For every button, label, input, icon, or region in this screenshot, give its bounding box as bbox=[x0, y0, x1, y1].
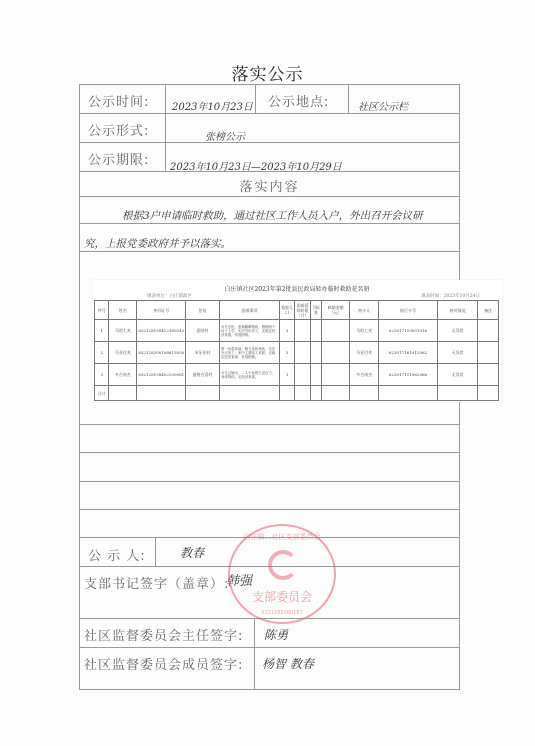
roster-title: 白庄镇社区2023年第2批县民政局转办临时救助花名册 bbox=[92, 284, 502, 293]
publisher-signature: 教春 bbox=[180, 544, 204, 561]
roster-cell bbox=[322, 364, 350, 386]
roster-unit: 填表单位：白庄镇政区 bbox=[147, 293, 192, 299]
official-seal: 白庄镇…社区支部委员会 支部委员会 6321281000187 bbox=[228, 524, 336, 624]
roster-cell bbox=[310, 364, 321, 386]
roster-cell bbox=[185, 386, 219, 401]
seal-center-text: 支部委员会 bbox=[230, 588, 334, 605]
roster-cell: 632128198402200081 bbox=[137, 364, 186, 386]
roster-cell: 3 bbox=[95, 364, 109, 386]
seal-code: 6321281000187 bbox=[230, 610, 334, 616]
roster-header-cell: 救助金额（元） bbox=[322, 301, 350, 320]
divider bbox=[165, 84, 166, 171]
relief-roster-sheet: 白庄镇社区2023年第2批县民政局转办临时救助花名册 填表单位：白庄镇政区 填表… bbox=[92, 280, 502, 402]
table-row: 2马亚付麦632128200108815830米牙东村第一孩患疾病，精力差致残疾… bbox=[95, 342, 499, 364]
roster-cell bbox=[379, 386, 438, 401]
roster-header-cell: 持卡人 bbox=[350, 301, 379, 320]
roster-cell bbox=[322, 386, 350, 401]
divider bbox=[79, 509, 460, 510]
roster-cell: 女夫去世，患病腿脚残疾，照顾两个孩子上学，无法外出务工，无稳定经济来源，家庭困难… bbox=[220, 320, 280, 342]
roster-cell: 米牙东村 bbox=[185, 342, 219, 364]
divider bbox=[79, 142, 460, 143]
table-row: 3多吉南杰632128198402200081道格吉喜村女儿已嫁出，二人小孩的生… bbox=[95, 364, 499, 386]
roster-header-cell: 姓名 bbox=[109, 301, 137, 320]
roster-cell bbox=[350, 386, 379, 401]
document-title: 落实公示 bbox=[0, 60, 535, 85]
roster-cell bbox=[295, 386, 310, 401]
roster-cell: 马亚付麦 bbox=[350, 342, 379, 364]
roster-header-cell: 银行卡号 bbox=[379, 301, 438, 320]
roster-cell: 632128200108815830 bbox=[137, 342, 186, 364]
party-emblem-icon bbox=[268, 550, 298, 580]
table-row: 1马哈七麦632128190412180543团结村女夫去世，患病腿脚残疾，照顾… bbox=[95, 320, 499, 342]
roster-header-cell: 月标准 bbox=[310, 301, 321, 320]
roster-cell: 合计 bbox=[95, 386, 109, 401]
roster-cell: 623017161912062 bbox=[379, 342, 438, 364]
roster-header-cell: 困难延续时限（月） bbox=[295, 301, 310, 320]
roster-table: 序号姓名身份证号住址困难事项家庭人口困难延续时限（月）月标准救助金额（元）持卡人… bbox=[94, 300, 499, 401]
roster-cell bbox=[310, 320, 321, 342]
roster-cell: 1 bbox=[95, 320, 109, 342]
time-value: 2023年10月23日 bbox=[172, 98, 253, 113]
roster-cell bbox=[310, 386, 321, 401]
form-value: 张榜公示 bbox=[205, 128, 245, 143]
roster-cell: 多吉南杰 bbox=[350, 364, 379, 386]
roster-header-cell: 备注 bbox=[478, 301, 499, 320]
roster-cell: 女儿已嫁出，二人小孩的生活压力，身体残疾，无经济来源。 bbox=[220, 364, 280, 386]
roster-cell bbox=[295, 364, 310, 386]
roster-cell: 团结村 bbox=[185, 320, 219, 342]
roster-cell bbox=[220, 386, 280, 401]
roster-cell: 马亚付麦 bbox=[109, 342, 137, 364]
director-label: 社区监督委员会主任签字: bbox=[84, 625, 243, 644]
secretary-label: 支部书记签字（盖章）: bbox=[84, 573, 229, 592]
roster-cell: 马哈七麦 bbox=[109, 320, 137, 342]
roster-header-cell: 住址 bbox=[185, 301, 219, 320]
roster-cell: 多吉南杰 bbox=[109, 364, 137, 386]
roster-header-cell: 困难事项 bbox=[220, 301, 280, 320]
divider bbox=[155, 537, 156, 566]
content-text-line2: 究，上报党委政府并予以落实。 bbox=[84, 236, 231, 251]
divider bbox=[254, 618, 255, 690]
seal-ring-text: 白庄镇…社区支部委员会 bbox=[230, 532, 334, 542]
divider bbox=[255, 84, 256, 113]
roster-cell bbox=[109, 386, 137, 401]
roster-cell bbox=[310, 342, 321, 364]
roster-cell bbox=[295, 320, 310, 342]
divider bbox=[79, 113, 460, 114]
roster-cell: 2 bbox=[95, 342, 109, 364]
divider bbox=[348, 84, 349, 113]
roster-cell: 马哈七麦 bbox=[350, 320, 379, 342]
total-row: 合计 bbox=[95, 386, 499, 401]
roster-header-cell: 序号 bbox=[95, 301, 109, 320]
roster-cell: 第一孩患疾病，精力差致残疾，无法外出务工，家中主要收入来源，无稳定经济来源，家庭… bbox=[220, 342, 280, 364]
roster-cell bbox=[478, 320, 499, 342]
roster-cell bbox=[437, 386, 477, 401]
roster-header-cell: 身份证号 bbox=[137, 301, 186, 320]
roster-cell bbox=[295, 342, 310, 364]
divider bbox=[79, 223, 460, 224]
period-label: 公示期限: bbox=[88, 149, 149, 168]
roster-header-cell: 家庭人口 bbox=[279, 301, 294, 320]
divider bbox=[79, 647, 460, 648]
roster-cell: 632128190412180543 bbox=[137, 320, 186, 342]
divider bbox=[79, 452, 460, 453]
roster-cell bbox=[478, 342, 499, 364]
roster-cell bbox=[478, 386, 499, 401]
roster-cell: 623017111962066 bbox=[379, 364, 438, 386]
roster-cell: 3 bbox=[279, 342, 294, 364]
place-label: 公示地点: bbox=[268, 91, 329, 110]
publisher-label: 公 示 人: bbox=[88, 545, 146, 564]
roster-cell bbox=[137, 386, 186, 401]
roster-cell bbox=[322, 342, 350, 364]
period-value: 2023年10月23日—2023年10月29日 bbox=[170, 158, 342, 173]
roster-cell: 623017119651016 bbox=[379, 320, 438, 342]
director-signature: 陈勇 bbox=[264, 626, 288, 643]
member-label: 社区监督委员会成员签字: bbox=[84, 654, 243, 673]
roster-cell: 无异常 bbox=[437, 364, 477, 386]
roster-date: 填表时间：2023年10月24日 bbox=[421, 293, 480, 299]
roster-header-cell: 核对情况 bbox=[437, 301, 477, 320]
roster-cell: 3 bbox=[279, 320, 294, 342]
content-text-line1: 根据3户申请临时救助，通过社区工作人员入户，外出召开会议研 bbox=[122, 208, 423, 223]
divider bbox=[79, 481, 460, 482]
roster-cell: 无异常 bbox=[437, 342, 477, 364]
divider bbox=[79, 196, 460, 197]
content-header: 落实内容 bbox=[79, 176, 460, 195]
place-value: 社区公示栏 bbox=[358, 98, 408, 113]
roster-cell bbox=[279, 386, 294, 401]
member-signatures: 杨智 教春 bbox=[262, 655, 314, 672]
roster-cell bbox=[322, 320, 350, 342]
roster-cell: 无异常 bbox=[437, 320, 477, 342]
divider bbox=[79, 424, 460, 425]
roster-cell bbox=[478, 364, 499, 386]
roster-cell: 1 bbox=[279, 364, 294, 386]
roster-cell: 道格吉喜村 bbox=[185, 364, 219, 386]
divider bbox=[79, 251, 460, 252]
form-label: 公示形式: bbox=[88, 120, 149, 139]
time-label: 公示时间: bbox=[88, 91, 149, 110]
